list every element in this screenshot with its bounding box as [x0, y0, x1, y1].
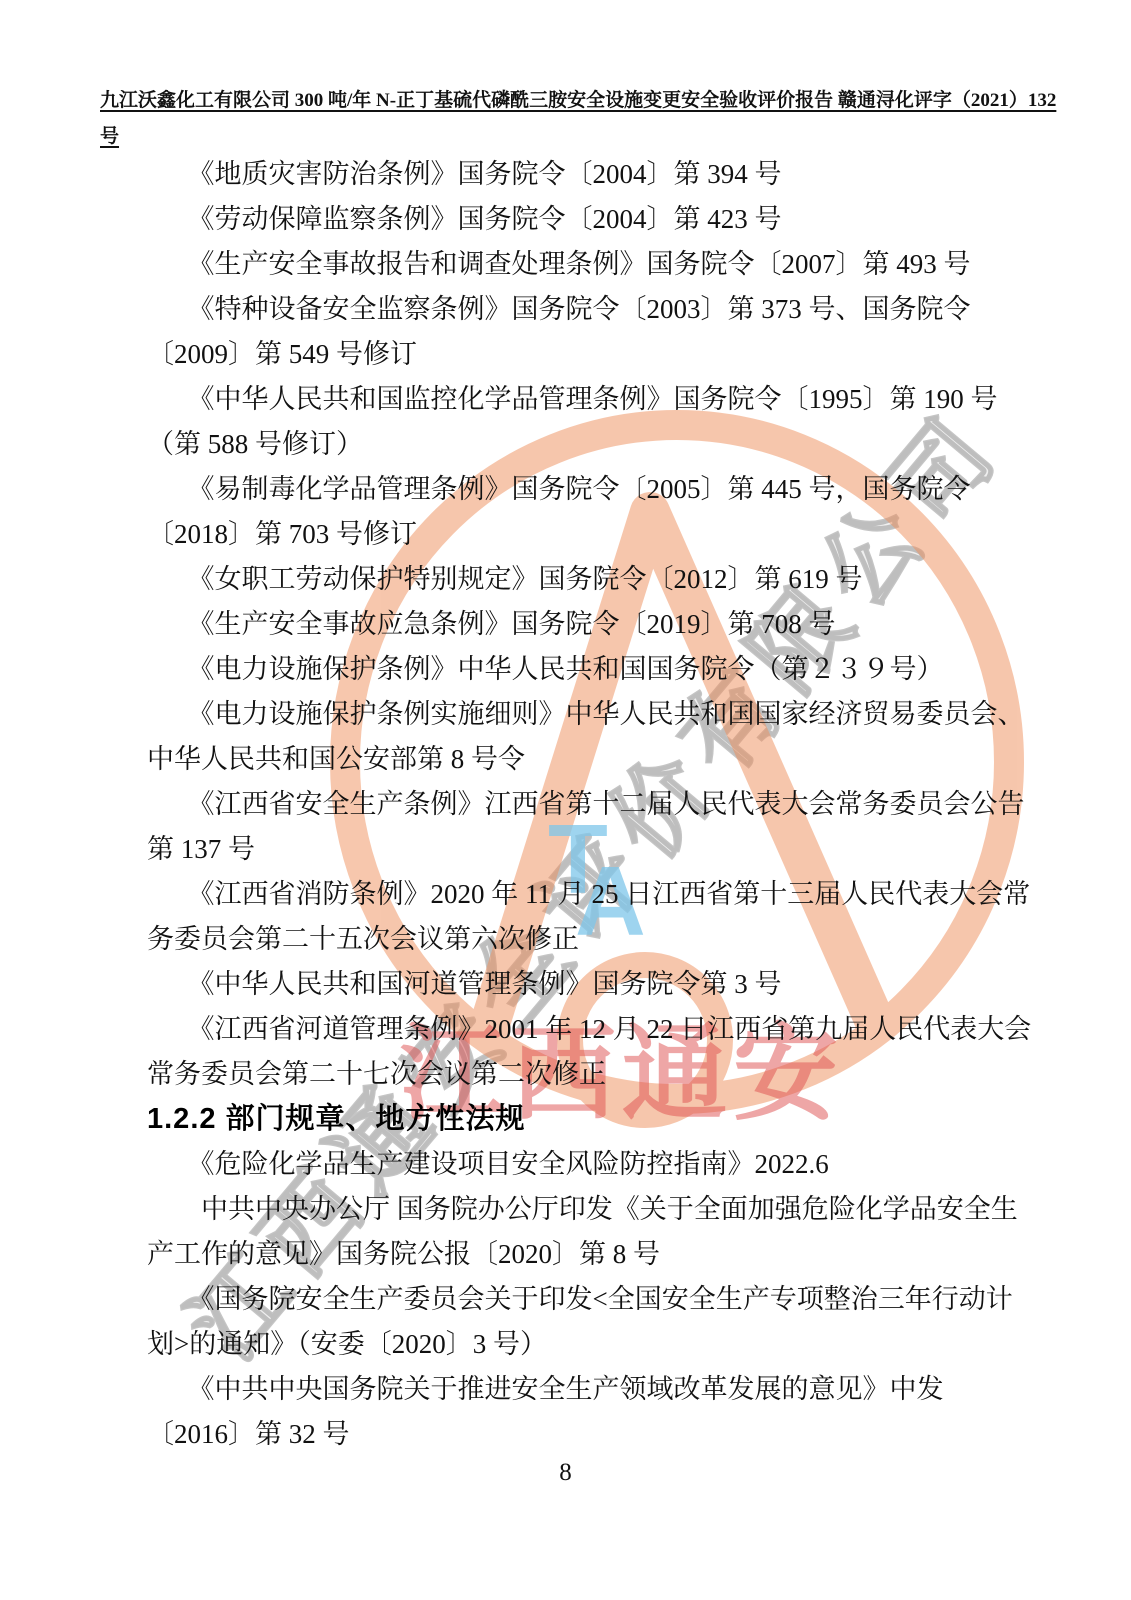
- header-line-2: 号: [100, 119, 1060, 155]
- body-line-continuation: （第 588 号修订）: [147, 422, 1052, 467]
- body-line: 《中华人民共和国河道管理条例》国务院令第 3 号: [147, 962, 1052, 1007]
- body-line: 《生产安全事故应急条例》国务院令〔2019〕第 708 号: [147, 602, 1052, 647]
- body-line: 《江西省河道管理条例》2001 年 12 月 22 日江西省第九届人民代表大会: [147, 1007, 1052, 1052]
- page-number: 8: [0, 1458, 1131, 1488]
- body-line: 《国务院安全生产委员会关于印发<全国安全生产专项整治三年行动计: [147, 1277, 1052, 1322]
- body-line: 《地质灾害防治条例》国务院令〔2004〕第 394 号: [147, 152, 1052, 197]
- body-line: 中共中央办公厅 国务院办公厅印发《关于全面加强危险化学品安全生: [147, 1187, 1052, 1232]
- body-line-continuation: 〔2009〕第 549 号修订: [147, 332, 1052, 377]
- body-line: 《中华人民共和国监控化学品管理条例》国务院令〔1995〕第 190 号: [147, 377, 1052, 422]
- document-page: 江西通安全评价有限公司 T A 江西通安 九江沃鑫化工有限公司 300 吨/年 …: [0, 0, 1131, 1600]
- body-line: 《中共中央国务院关于推进安全生产领域改革发展的意见》中发: [147, 1367, 1052, 1412]
- body-line: 《特种设备安全监察条例》国务院令〔2003〕第 373 号、国务院令: [147, 287, 1052, 332]
- body-line: 《易制毒化学品管理条例》国务院令〔2005〕第 445 号，国务院令: [147, 467, 1052, 512]
- body-line-continuation: 〔2018〕第 703 号修订: [147, 512, 1052, 557]
- body-line: 《生产安全事故报告和调查处理条例》国务院令〔2007〕第 493 号: [147, 242, 1052, 287]
- body-line-continuation: 常务委员会第二十七次会议第二次修正: [147, 1052, 1052, 1097]
- section-heading: 1.2.2 部门规章、地方性法规: [147, 1097, 1052, 1142]
- body-line-continuation: 中华人民共和国公安部第 8 号令: [147, 737, 1052, 782]
- body-line-continuation: 产工作的意见》国务院公报〔2020〕第 8 号: [147, 1232, 1052, 1277]
- body-line: 《江西省安全生产条例》江西省第十二届人民代表大会常务委员会公告: [147, 782, 1052, 827]
- body-line: 《危险化学品生产建设项目安全风险防控指南》2022.6: [147, 1142, 1052, 1187]
- body-line: 《女职工劳动保护特别规定》国务院令〔2012〕第 619 号: [147, 557, 1052, 602]
- body-line-continuation: 〔2016〕第 32 号: [147, 1412, 1052, 1457]
- document-body: 《地质灾害防治条例》国务院令〔2004〕第 394 号 《劳动保障监察条例》国务…: [147, 152, 1052, 1457]
- body-line: 《电力设施保护条例实施细则》中华人民共和国国家经济贸易委员会、: [147, 692, 1052, 737]
- body-line-continuation: 第 137 号: [147, 827, 1052, 872]
- page-header: 九江沃鑫化工有限公司 300 吨/年 N-正丁基硫代磷酰三胺安全设施变更安全验收…: [100, 83, 1060, 155]
- body-line: 《电力设施保护条例》中华人民共和国国务院令（第２３９号）: [147, 647, 1052, 692]
- body-line: 《江西省消防条例》2020 年 11 月 25 日江西省第十三届人民代表大会常: [147, 872, 1052, 917]
- header-line-1: 九江沃鑫化工有限公司 300 吨/年 N-正丁基硫代磷酰三胺安全设施变更安全验收…: [100, 83, 1060, 119]
- body-line: 《劳动保障监察条例》国务院令〔2004〕第 423 号: [147, 197, 1052, 242]
- body-line-continuation: 划>的通知》（安委〔2020〕3 号）: [147, 1322, 1052, 1367]
- body-line-continuation: 务委员会第二十五次会议第六次修正: [147, 917, 1052, 962]
